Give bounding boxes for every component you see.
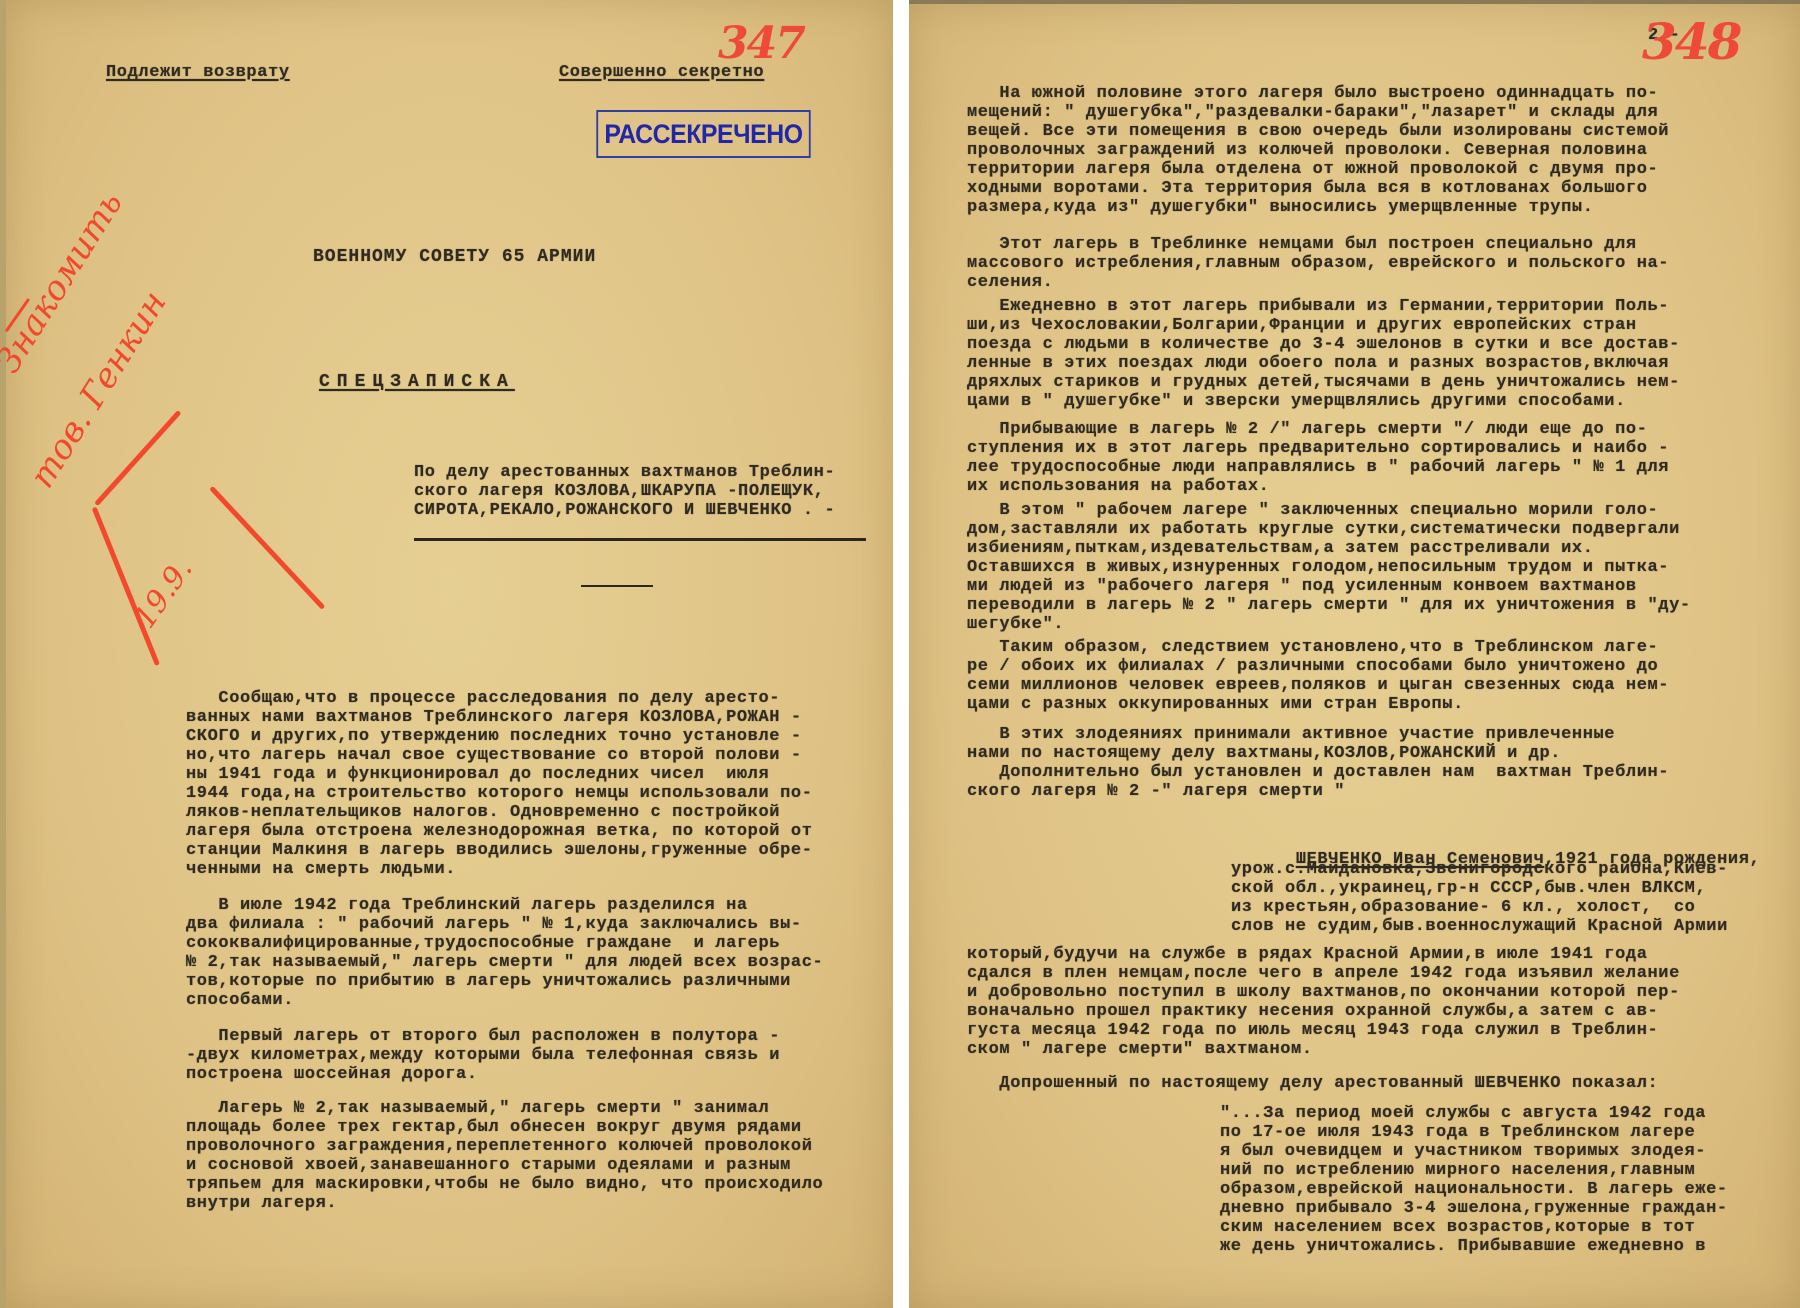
text-line: Этот лагерь в Треблинке немцами был пост…: [967, 235, 1637, 254]
text-line: и добровольно поступил в школу вахтманов…: [967, 983, 1680, 1002]
text-line: ском " лагере смерти" вахтманом.: [967, 1040, 1313, 1059]
text-line: ванных нами вахтманов Треблинского лагер…: [186, 708, 802, 727]
text-line: построена шоссейная дорога.: [186, 1065, 478, 1084]
text-line: мещений: " душегубка","раздевалки-бараки…: [967, 103, 1658, 122]
text-line: Ежедневно в этот лагерь прибывали из Гер…: [967, 297, 1669, 316]
text-line: В этом " рабочем лагере " заключенных сп…: [967, 501, 1658, 520]
text-line: нами по настоящему делу вахтманы,КОЗЛОВ,…: [967, 744, 1561, 763]
text-line: размера,куда из" душегубки" выносились у…: [967, 198, 1594, 217]
text-line: и сосновой хвоей,занавешанного старыми о…: [186, 1156, 791, 1175]
text-line: площадь более трех гектар,был обнесен во…: [186, 1118, 802, 1137]
page-number-handwritten: 348: [1642, 12, 1740, 71]
testimony-intro: Допрошенный по настоящему делу арестован…: [967, 1074, 1658, 1093]
text-line: Первый лагерь от второго был расположен …: [186, 1027, 780, 1046]
text-line: станции Малкиня в лагерь вводились эшело…: [186, 841, 813, 860]
text-line: проволочных заграждений из колючей прово…: [967, 141, 1648, 160]
text-line: ленные в этих поездах люди обоего пола и…: [967, 354, 1669, 373]
text-line: В этих злодеяниях принимали активное уча…: [967, 725, 1615, 744]
short-divider: [581, 585, 653, 587]
text-line: способами.: [186, 991, 294, 1010]
text-line: по 17-ое июля 1943 года в Треблинском ла…: [1220, 1123, 1695, 1142]
text-line: тов,которые по прибытию в лагерь уничтож…: [186, 972, 791, 991]
text-line: ченными на смерть людьми.: [186, 860, 456, 879]
text-line: семи миллионов человек евреев,поляков и …: [967, 676, 1669, 695]
text-line: дом,заставляли их работать круглые сутки…: [967, 520, 1680, 539]
text-line: территории лагеря была отделена от южной…: [967, 160, 1658, 179]
text-line: селения.: [967, 273, 1053, 292]
text-line: переводили в лагерь № 2 " лагерь смерти …: [967, 596, 1691, 615]
text-line: внутри лагеря.: [186, 1194, 337, 1213]
text-line: их использования на работах.: [967, 477, 1269, 496]
text-line: цами в " душегубке" и зверски умерщвляли…: [967, 392, 1626, 411]
subject-divider: [414, 538, 866, 541]
declassified-stamp: РАССЕКРЕЧЕНО: [596, 110, 810, 158]
text-line: Оставшихся в живых,изнуренных голодом,не…: [967, 558, 1669, 577]
text-line: воначально прошел практику несения охран…: [967, 1002, 1658, 1021]
text-line: лагеря была отстроена железнодорожная ве…: [186, 822, 813, 841]
subject-line: СИРОТА,РЕКАЛО,РОЖАНСКОГО И ШЕВЧЕНКО . -: [414, 501, 835, 520]
text-line: ского лагеря № 2 -" лагеря смерти ": [967, 782, 1345, 801]
text-line: -двух километрах,между которыми была тел…: [186, 1046, 780, 1065]
text-line: шегубке".: [967, 615, 1064, 634]
text-line: ний по истреблению мирного населения,гла…: [1220, 1161, 1695, 1180]
text-line: который,будучи на службе в рядах Красной…: [967, 945, 1648, 964]
text-line: проволочного заграждения,переплетенного …: [186, 1137, 813, 1156]
text-line: Прибывающие в лагерь № 2 /" лагерь смерт…: [967, 420, 1648, 439]
text-line: из крестьян,образование- 6 кл., холост, …: [1231, 898, 1695, 917]
text-line: густа месяца 1942 года по июль месяц 194…: [967, 1021, 1658, 1040]
text-line: ляков-неплательщиков налогов. Одновремен…: [186, 803, 780, 822]
text-line: Лагерь № 2,так называемый," лагерь смерт…: [186, 1099, 769, 1118]
text-line: я был очевидцем и участником творимых зл…: [1220, 1142, 1706, 1161]
text-line: цами с разных оккупированных ими стран Е…: [967, 695, 1464, 714]
header-return-notice: Подлежит возврату: [106, 63, 290, 82]
text-line: сдался в плен немцам,после чего в апреле…: [967, 964, 1680, 983]
subject-line: ского лагеря КОЗЛОВА,ШКАРУПА -ПОЛЕЩУК,: [414, 482, 824, 501]
text-line: ре / обоих их филиалах / различными спос…: [967, 657, 1658, 676]
text-line: поезда с людьми в количестве до 3-4 эшел…: [967, 335, 1680, 354]
document-page-347: Подлежит возврату Совершенно секретно 34…: [0, 0, 893, 1308]
text-line: но,что лагерь начал свое существование с…: [186, 746, 802, 765]
text-line: На южной половине этого лагеря было выст…: [967, 84, 1658, 103]
text-line: же день уничтожались. Прибывавшие ежедне…: [1220, 1237, 1706, 1256]
text-line: Сообщаю,что в процессе расследования по …: [186, 689, 780, 708]
text-line: "...За период моей службы с августа 1942…: [1220, 1104, 1706, 1123]
text-line: тряпьем для маскировки,чтобы не было вид…: [186, 1175, 823, 1194]
text-line: дряхлых стариков и грудных детей,тысячам…: [967, 373, 1680, 392]
text-line: 1944 года,на строительство которого немц…: [186, 784, 813, 803]
text-line: ходными воротами. Эта территория была вс…: [967, 179, 1648, 198]
signature-stroke: [94, 410, 181, 506]
text-line: слов не судим,быв.военнослужащий Красной…: [1231, 917, 1728, 936]
text-line: ми людей из "рабочего лагеря " под усиле…: [967, 577, 1637, 596]
text-line: ступления их в этот лагерь предварительн…: [967, 439, 1669, 458]
text-line: № 2,так называемый," лагерь смерти " для…: [186, 953, 823, 972]
text-line: ши,из Чехословакии,Болгарии,Франции и др…: [967, 316, 1637, 335]
text-line: урож.с.Майдановка,Звенигородского района…: [1231, 860, 1728, 879]
text-line: образом,еврейской национальности. В лаге…: [1220, 1180, 1728, 1199]
text-line: массового истребления,главным образом, е…: [967, 254, 1669, 273]
text-line: ны 1941 года и функционировал до последн…: [186, 765, 769, 784]
addressee: ВОЕННОМУ СОВЕТУ 65 АРМИИ: [313, 248, 596, 267]
text-line: ской обл.,украинец,гр-н СССР,быв.член ВЛ…: [1231, 879, 1706, 898]
text-line: дневно прибывало 3-4 эшелона,груженные г…: [1220, 1199, 1728, 1218]
text-line: СКОГО и других,по утверждению последних …: [186, 727, 802, 746]
text-line: вещей. Все эти помещения в свою очередь …: [967, 122, 1669, 141]
signature-stroke: [209, 486, 325, 610]
text-line: избиениям,пыткам,издевательствам,а затем…: [967, 539, 1594, 558]
page-number-handwritten: 347: [718, 18, 804, 69]
subject-line: По делу арестованных вахтманов Треблин-: [414, 463, 835, 482]
text-line: В июле 1942 года Треблинский лагерь разд…: [186, 896, 748, 915]
text-line: лее трудоспособные люди направлялись в "…: [967, 458, 1669, 477]
text-line: сококвалифицированные,трудоспособные гра…: [186, 934, 780, 953]
text-line: Таким образом, следствием установлено,чт…: [967, 638, 1658, 657]
text-line: ским населением всех возрастов,которые в…: [1220, 1218, 1695, 1237]
text-line: Дополнительно был установлен и доставлен…: [967, 763, 1669, 782]
document-type-title: СПЕЦЗАПИСКА: [319, 373, 515, 392]
text-line: два филиала : " рабочий лагерь " № 1,куд…: [186, 915, 802, 934]
document-page-348: 2.- 348 На южной половине этого лагеря б…: [909, 0, 1800, 1308]
